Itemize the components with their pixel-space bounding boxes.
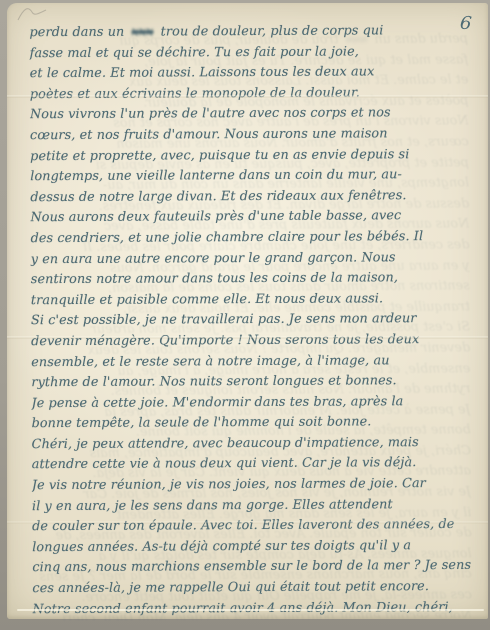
letter-line: attendre cette vie à nous deux qui vient…	[32, 453, 479, 476]
letter-line: poètes et aux écrivains le monopole de l…	[30, 83, 477, 106]
letter-line: et le calme. Et moi aussi. Laissons tous…	[30, 62, 477, 85]
letter-body: perdu dans un xxx trou de douleur, plus …	[29, 21, 479, 616]
letter-line: devenir ménagère. Qu'importe ! Nous sero…	[31, 330, 478, 353]
crossed-out-word: xxx	[132, 25, 154, 40]
letter-line: rythme de l'amour. Nos nuits seront long…	[31, 371, 478, 394]
letter-line: fasse mal et qui se déchire. Tu es fait …	[30, 41, 477, 64]
letter-line: ensemble, et le reste sera à notre image…	[31, 350, 478, 373]
letter-line: il y en aura, je les sens dans ma gorge.…	[32, 494, 479, 517]
letter-line: cœurs, et nos fruits d'amour. Nous auron…	[30, 124, 477, 147]
letter-line: Chéri, je peux attendre, avec beaucoup d…	[32, 433, 479, 456]
letter-line: de couler sur ton épaule. Avec toi. Elle…	[32, 515, 479, 538]
letter-line: des cendriers, et une jolie chambre clai…	[31, 227, 478, 250]
letter-line: ces années-là, je me rappelle Oui qui ét…	[32, 577, 479, 600]
letter-line: tranquille et paisible comme elle. Et no…	[31, 289, 478, 312]
letter-line: sentirons notre amour dans tous les coin…	[31, 268, 478, 291]
letter-page: 6 perdu dans un xxx trou de douleur, plu…	[7, 3, 488, 619]
letter-line: Notre second enfant pourrait avoir 4 ans…	[32, 597, 479, 616]
letter-line: bonne tempête, la seule de l'homme qui s…	[31, 412, 478, 435]
letter-line: Je pense à cette joie. M'endormir dans t…	[31, 392, 478, 415]
letter-line: perdu dans un xxx trou de douleur, plus …	[29, 21, 476, 44]
letter-line: cinq ans, nous marchions ensemble sur le…	[32, 556, 479, 579]
letter-line: longtemps, une vieille lanterne dans un …	[30, 165, 477, 188]
letter-line: petite et proprette, avec, puisque tu en…	[30, 144, 477, 167]
paper-bottom-edge	[17, 609, 484, 611]
letter-line: y en aura une autre encore pour le grand…	[31, 247, 478, 270]
letter-line: dessus de notre large divan. Et des ride…	[30, 186, 477, 209]
letter-line: Je vis notre réunion, je vis nos joies, …	[32, 474, 479, 497]
letter-line: longues années. As-tu déjà compté sur te…	[32, 536, 479, 559]
letter-line: Nous aurons deux fauteuils près d'une ta…	[30, 206, 477, 229]
letter-line: Si c'est possible, je ne travaillerai pa…	[31, 309, 478, 332]
letter-line: Nous vivrons l'un près de l'autre avec n…	[30, 103, 477, 126]
